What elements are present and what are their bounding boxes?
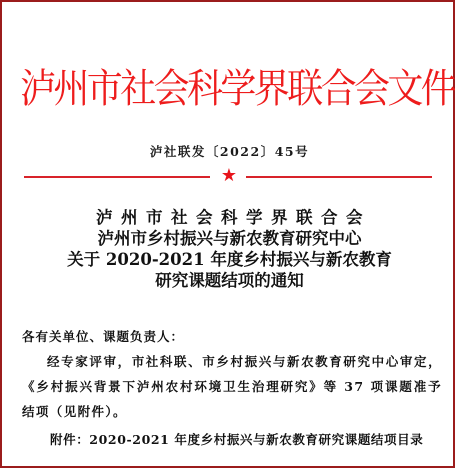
body-paragraph: 经专家评审，市社科联、市乡村振兴与新农教育研究中心审定，《乡村振兴背景下泸州农村… — [22, 349, 442, 424]
notice-title: 泸州市社会科学界联合会 泸州市乡村振兴与新农教育研究中心 关于 2020-202… — [2, 207, 455, 291]
title-line-issuer-2: 泸州市乡村振兴与新农教育研究中心 — [2, 228, 455, 249]
star-icon: ★ — [219, 166, 239, 186]
divider-line-right — [246, 176, 432, 178]
notice-body: 各有关单位、课题负责人： 经专家评审，市社科联、市乡村振兴与新农教育研究中心审定… — [22, 324, 442, 424]
title-line-issuer-1: 泸州市社会科学界联合会 — [2, 207, 455, 228]
salutation: 各有关单位、课题负责人： — [22, 324, 442, 349]
document-number: 泸社联发〔2022〕45号 — [2, 142, 455, 160]
document-masthead: 泸州市社会科学界联合会文件 — [20, 61, 440, 118]
divider-line-left — [24, 176, 210, 178]
title-line-subject-2: 研究课题结项的通知 — [2, 270, 455, 291]
attachment-note: 附件：2020-2021 年度乡村振兴与新农教育研究课题结项目录 — [50, 430, 450, 448]
document-page: 泸州市社会科学界联合会文件 泸社联发〔2022〕45号 ★ 泸州市社会科学界联合… — [0, 0, 455, 468]
title-line-subject-1: 关于 2020-2021 年度乡村振兴与新农教育 — [2, 249, 455, 270]
